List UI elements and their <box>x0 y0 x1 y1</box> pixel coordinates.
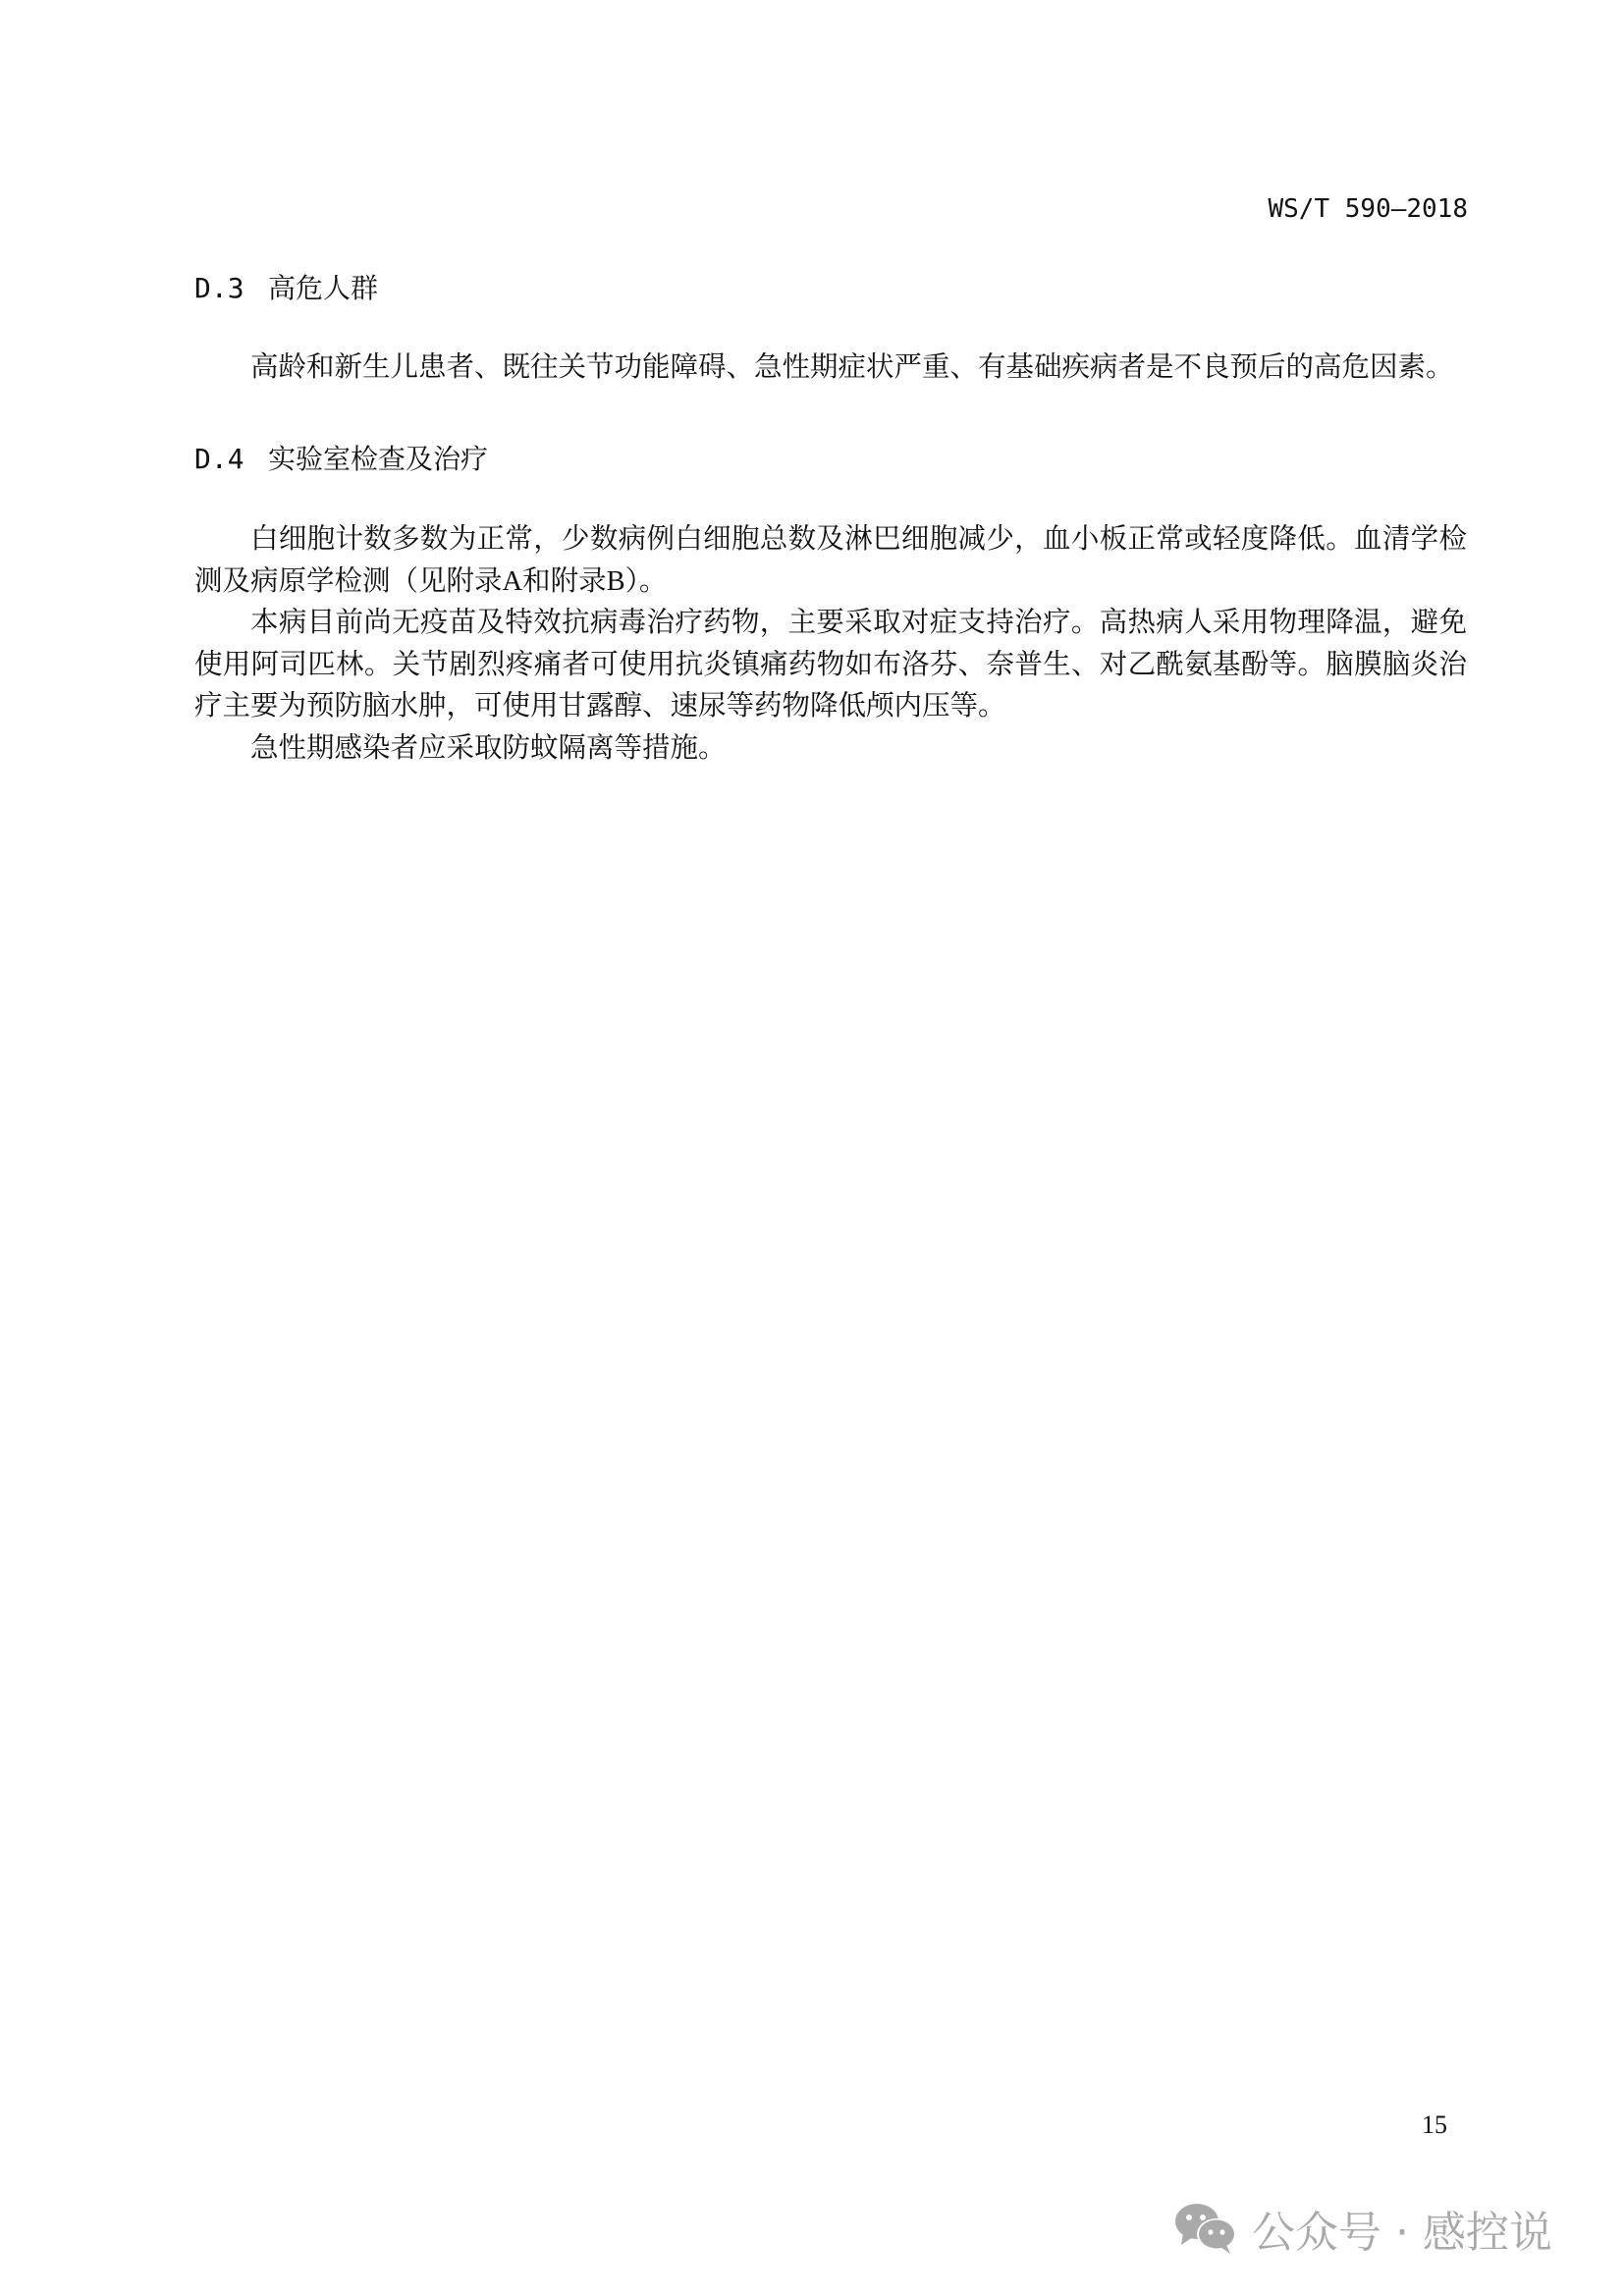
wechat-icon <box>1173 2202 1238 2255</box>
watermark: 公众号 · 感控说 <box>1173 2199 1552 2258</box>
section-d3-body: 高龄和新生儿患者、既往关节功能障碍、急性期症状严重、有基础疾病者是不良预后的高危… <box>194 347 1467 390</box>
paragraph: 急性期感染者应采取防蚊隔离等措施。 <box>194 728 1467 771</box>
paragraph: 本病目前尚无疫苗及特效抗病毒治疗药物，主要采取对症支持治疗。高热病人采用物理降温… <box>194 603 1467 728</box>
section-number: D.4 <box>194 443 268 475</box>
document-code-header: WS/T 590—2018 <box>1269 194 1469 224</box>
section-title: 实验室检查及治疗 <box>268 443 488 475</box>
paragraph: 高龄和新生儿患者、既往关节功能障碍、急性期症状严重、有基础疾病者是不良预后的高危… <box>194 347 1467 390</box>
watermark-text: 公众号 · 感控说 <box>1252 2197 1552 2260</box>
document-page: WS/T 590—2018 D.3高危人群 高龄和新生儿患者、既往关节功能障碍、… <box>0 0 1624 2296</box>
paragraph: 白细胞计数多数为正常，少数病例白细胞总数及淋巴细胞减少，血小板正常或轻度降低。血… <box>194 519 1467 603</box>
section-heading-d3: D.3高危人群 <box>194 267 378 306</box>
page-number: 15 <box>1422 2110 1447 2140</box>
section-title: 高危人群 <box>268 272 378 304</box>
section-d4-body: 白细胞计数多数为正常，少数病例白细胞总数及淋巴细胞减少，血小板正常或轻度降低。血… <box>194 519 1467 770</box>
section-number: D.3 <box>194 272 268 304</box>
section-heading-d4: D.4实验室检查及治疗 <box>194 438 488 477</box>
